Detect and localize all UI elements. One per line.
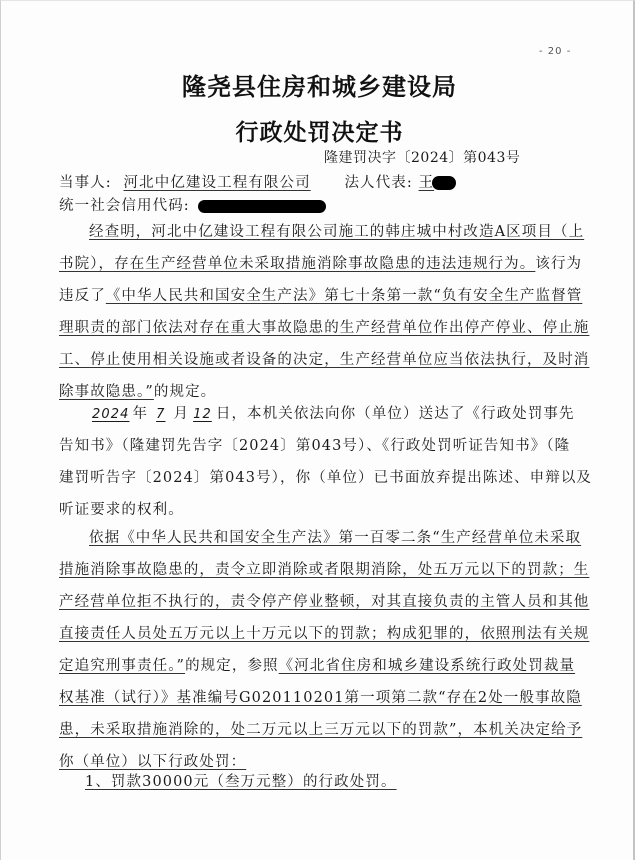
- party-name: 河北中亿建设工程有限公司: [118, 175, 317, 191]
- page-number: - 20 -: [539, 46, 571, 57]
- paragraph-2-line-1: 2024年7月12日，本机关依法向你（单位）送达了《行政处罚事先: [89, 402, 575, 423]
- paragraph-1-line-3: 违反了《中华人民共和国安全生产法》第七十条第一款“负有安全生产监督管: [59, 284, 582, 305]
- paragraph-1-line-2: 书院），存在生产经营单位未采取措施消除事故隐患的违法违规行为。该行为: [59, 252, 582, 273]
- document-number: 隆建罚决字〔2024〕第043号: [324, 147, 520, 167]
- legal-rep-label: 法人代表:: [344, 175, 412, 191]
- handwritten-year: 2024: [89, 407, 132, 422]
- paragraph-3-line-1: 依据《中华人民共和国安全生产法》第一百零二条“生产经营单位未采取: [89, 526, 581, 547]
- paragraph-3-line-7: 患，未采取措施消除的，处二万元以上三万元以下的罚款”，本机关决定给予: [59, 718, 582, 739]
- paragraph-3-line-4: 直接责任人员处五万元以上十万元以下的罚款；构成犯罪的，依照刑法有关规: [59, 622, 589, 643]
- paragraph-3-line-6: 权基准（试行）》基准编号G020110201第一项第二款“存在2处一般事故隐: [59, 686, 582, 707]
- party-label: 当事人:: [59, 175, 112, 191]
- handwritten-month: 7: [148, 407, 173, 422]
- document-type-title: 行政处罚决定书: [1, 114, 637, 147]
- credit-code-label: 统一社会信用代码:: [59, 198, 190, 214]
- paragraph-3-line-5: 定追究刑事责任。”的规定，参照《河北省住房和城乡建设系统行政处罚裁量: [59, 654, 575, 675]
- paragraph-2-line-4: 听证要求的权利。: [59, 498, 184, 519]
- party-line: 当事人: 河北中亿建设工程有限公司 法人代表: 王: [59, 171, 456, 192]
- paragraph-2-line-2: 告知书》（隆建罚先告字〔2024〕第043号）、《行政处罚听证告知书》（隆: [59, 434, 570, 455]
- document-page: - 20 - 隆尧县住房和城乡建设局 行政处罚决定书 隆建罚决字〔2024〕第0…: [0, 0, 635, 860]
- paragraph-1-line-1: 经查明，河北中亿建设工程有限公司施工的韩庄城中村改造A区项目（上: [89, 220, 584, 241]
- agency-title: 隆尧县住房和城乡建设局: [1, 67, 637, 102]
- paragraph-3-line-2: 措施消除事故隐患的，责令立即消除或者限期消除，处五万元以下的罚款；生: [59, 558, 589, 579]
- handwritten-day: 12: [189, 407, 216, 422]
- paragraph-1-line-5: 工、停止使用相关设施或者设备的决定，生产经营单位应当依法执行，及时消: [59, 348, 589, 369]
- credit-code-line: 统一社会信用代码:: [59, 194, 326, 215]
- paragraph-1-line-6: 除事故隐患。”的规定。: [59, 380, 216, 401]
- penalty-item-1: 1、罚款30000元（叁万元整）的行政处罚。: [85, 770, 397, 791]
- paragraph-3-line-8: 你（单位）以下行政处罚：: [59, 750, 246, 771]
- paragraph-3-line-3: 产经营单位拒不执行的，责令停产停业整顿，对其直接负责的主管人员和其他: [59, 590, 589, 611]
- paragraph-1-line-4: 理职责的部门依法对存在重大事故隐患的生产经营单位作出停产停业、停止施: [59, 316, 589, 337]
- credit-code-redaction: [198, 200, 326, 213]
- paragraph-2-line-3: 建罚听告字〔2024〕第043号），你（单位）已书面放弃提出陈述、申辩以及: [59, 466, 592, 487]
- legal-rep-redaction: [432, 176, 456, 190]
